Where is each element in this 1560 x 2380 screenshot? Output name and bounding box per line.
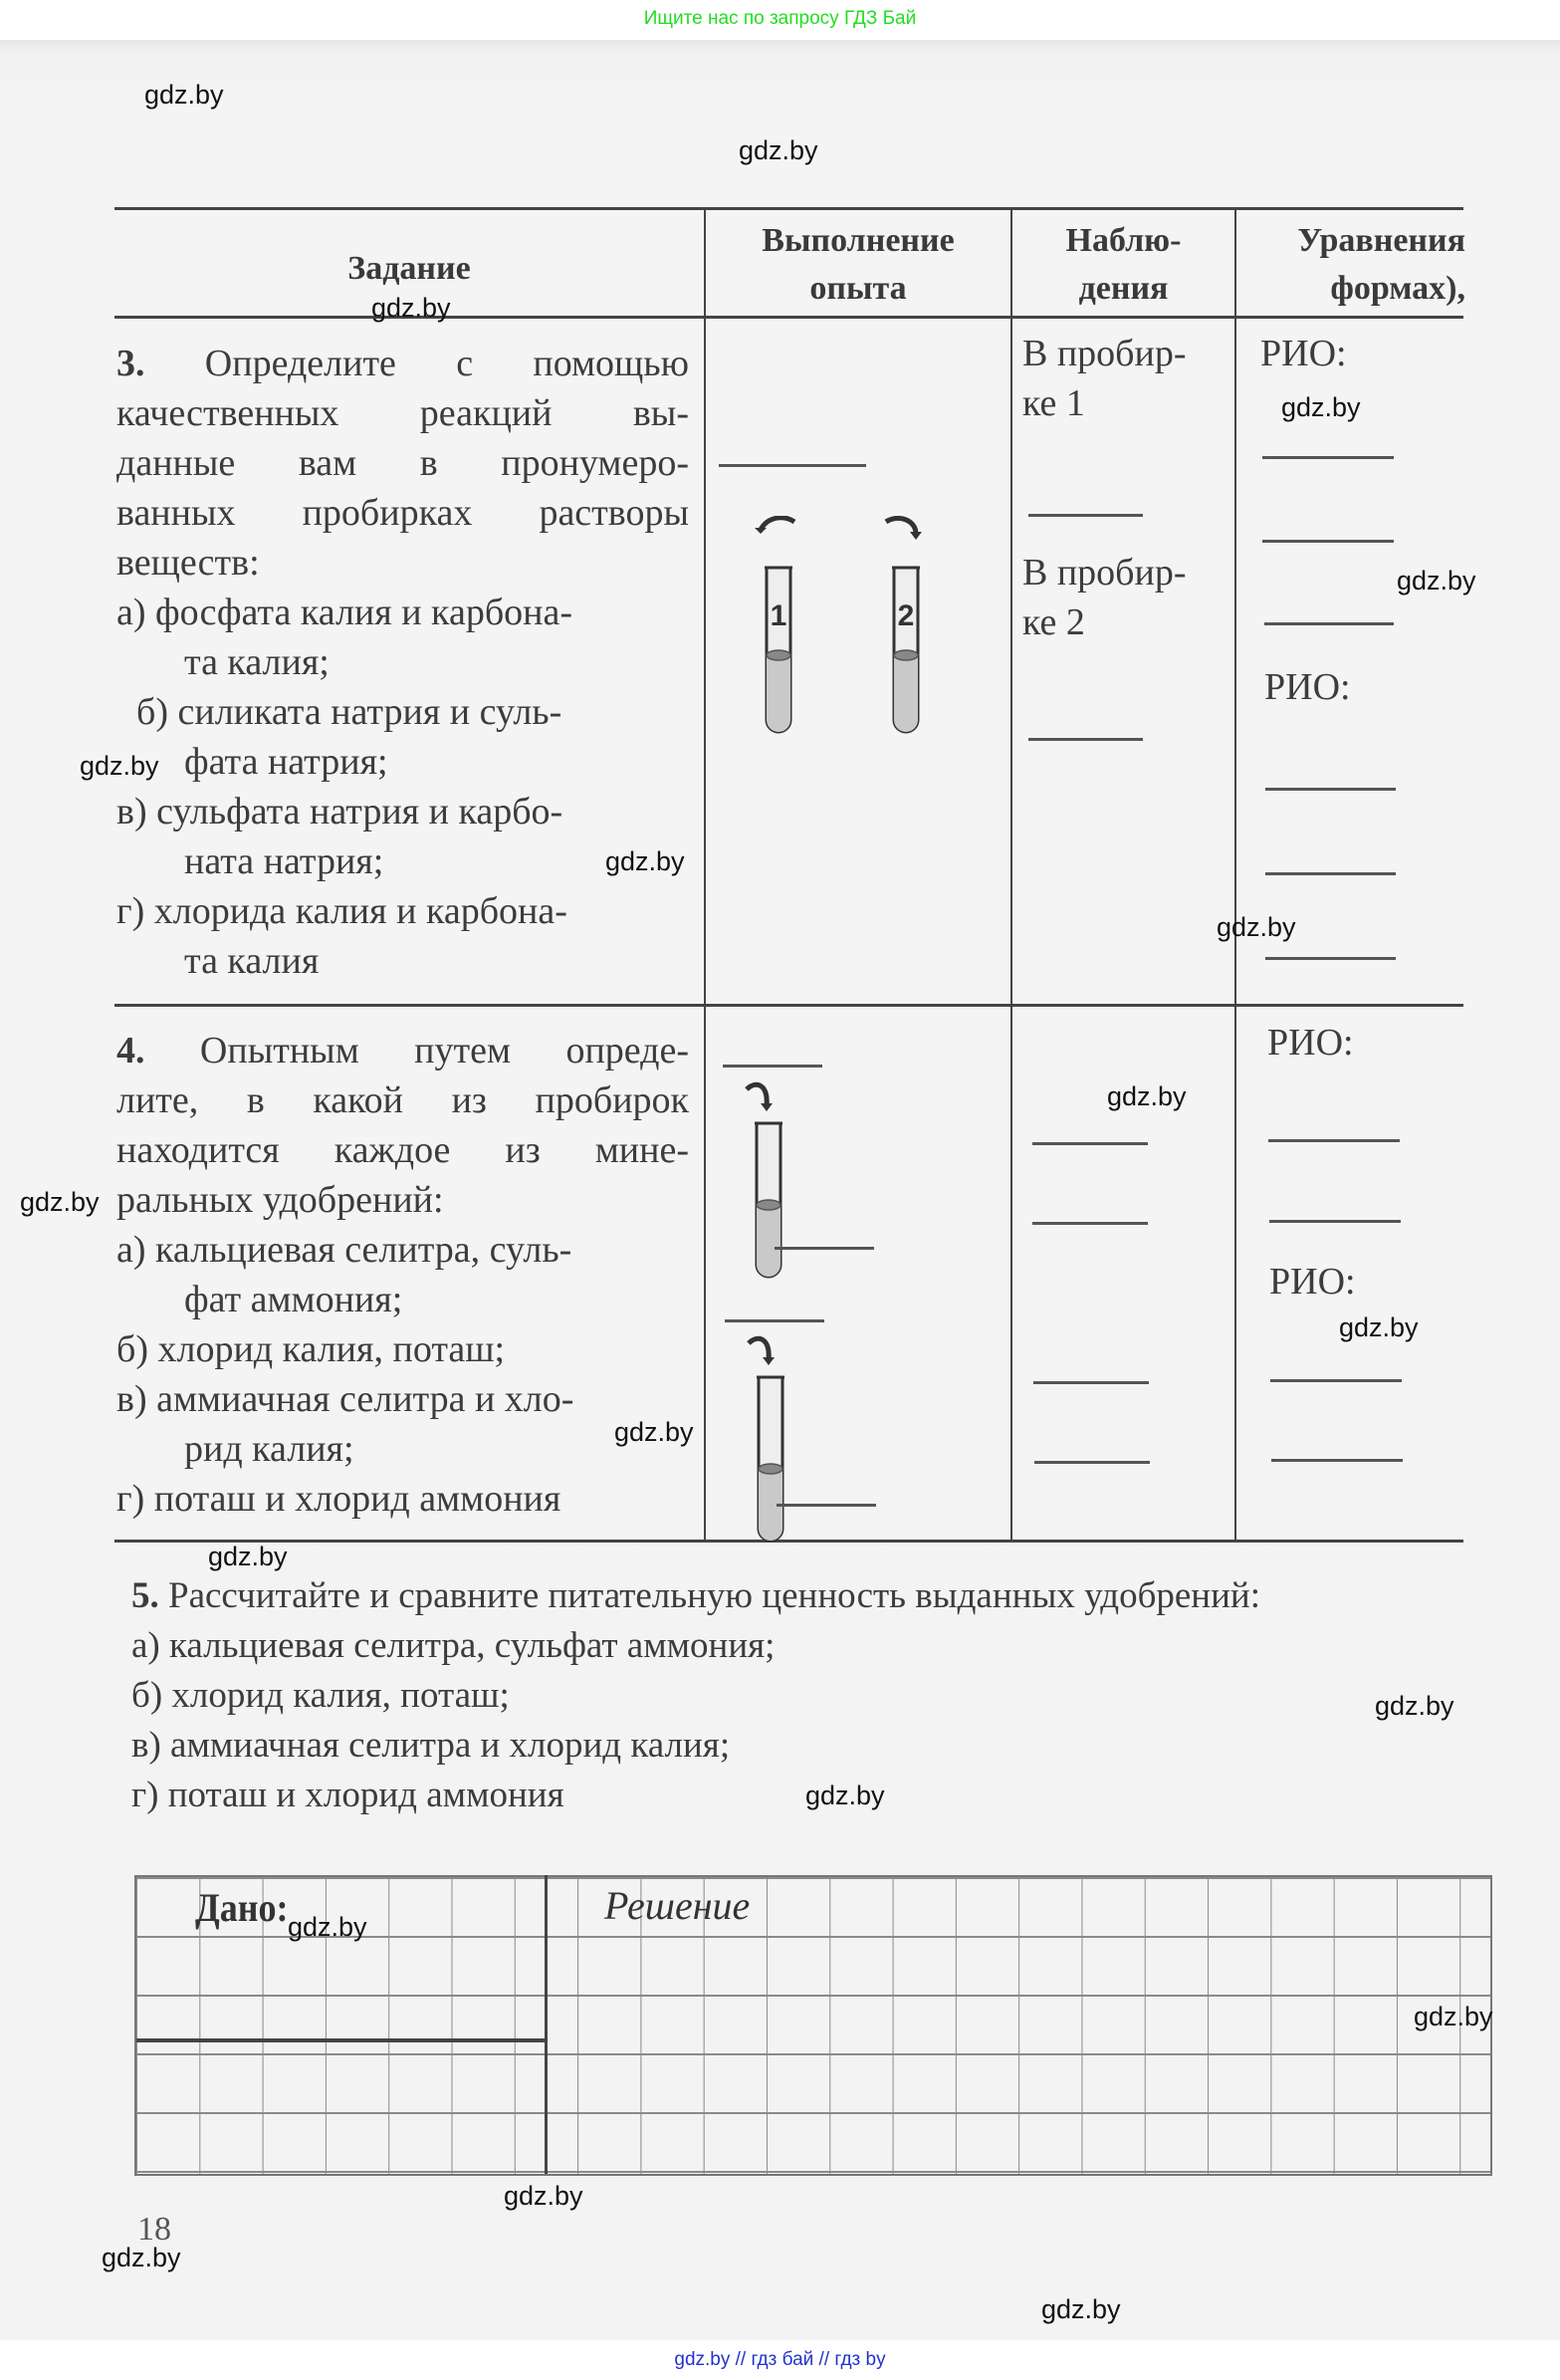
observation-line: В пробир- [1022,548,1187,597]
equation-blank[interactable] [1271,1459,1403,1462]
task-3-option-a-cont: та калия; [116,637,689,687]
task-4-option-a-cont: фат аммония; [116,1275,689,1324]
task-4-line: находится каждое из мине- [116,1125,689,1175]
task-4-option-c: в) аммиачная селитра и хло- [116,1374,689,1424]
solution-label: Решение [604,1882,750,1929]
header-equations-line2: формах), [1236,265,1465,313]
watermark: gdz.by [1375,1691,1454,1722]
watermark: gdz.by [1107,1081,1187,1112]
test-tube-2-icon: 2 [876,516,946,745]
task-3-line: веществ: [116,538,689,588]
workbook-page: gdz.by gdz.by Задание gdz.by Выполнение … [0,40,1560,2340]
task-4-option-b: б) хлорид калия, поташ; [116,1324,689,1374]
bottom-banner[interactable]: gdz.by // гдз бай // гдз by [0,2340,1560,2380]
watermark: gdz.by [1414,2002,1493,2032]
observation-tube-2: В пробир- ке 2 [1022,548,1187,647]
task-4-option-d: г) поташ и хлорид аммония [116,1474,689,1524]
watermark: gdz.by [80,751,159,782]
observation-line: В пробир- [1022,329,1187,378]
equation-blank[interactable] [1265,788,1396,791]
task-5-option-b: б) хлорид калия, поташ; [131,1671,1495,1721]
task-3-line: 3. Определите с помощью [116,339,689,388]
task-5-number: 5. [131,1575,159,1616]
equation-label: РИО: [1267,1018,1354,1068]
header-equations: Уравнения формах), [1236,217,1465,313]
test-tube-3-icon [737,1075,806,1285]
task-3-option-b: б) силиката натрия и суль- [116,687,689,737]
table-top-border [114,207,1463,210]
equation-label: РИО: [1264,662,1351,712]
answer-blank[interactable] [723,1065,822,1068]
equation-blank[interactable] [1265,957,1396,960]
task-4-line: ральных удобрений: [116,1175,689,1225]
task-3-line: данные вам в пронумеро- [116,438,689,488]
watermark: gdz.by [102,2243,181,2273]
equation-blank[interactable] [1269,1220,1401,1223]
answer-blank[interactable] [777,1504,876,1507]
task-5-title: 5. Рассчитайте и сравните питательную це… [131,1571,1495,1621]
observation-blank[interactable] [1033,1381,1149,1384]
equation-blank[interactable] [1270,1379,1402,1382]
watermark: gdz.by [1041,2294,1121,2325]
top-banner[interactable]: Ищите нас по запросу ГДЗ Бай [0,0,1560,40]
watermark: gdz.by [605,846,685,877]
header-observations: Наблю- дения [1012,217,1234,313]
answer-blank[interactable] [719,464,866,467]
task-3-line: качественных реакций вы- [116,388,689,438]
task-5-option-a: а) кальциевая селитра, сульфат аммония; [131,1621,1495,1671]
header-equations-line1: Уравнения [1236,217,1465,265]
col-divider-3 [1234,207,1236,1542]
header-observations-line1: Наблю- [1012,217,1234,265]
task-5-option-c: в) аммиачная селитра и хлорид калия; [131,1721,1495,1771]
watermark: gdz.by [144,80,224,111]
task-3-option-a: а) фосфата калия и карбона- [116,588,689,637]
observation-line: ке 2 [1022,597,1187,647]
answer-blank[interactable] [725,1319,824,1322]
observation-tube-1: В пробир- ке 1 [1022,329,1187,428]
task-3-option-b-cont: фата натрия; [116,737,689,787]
test-tube-1-icon: 1 [747,516,816,745]
observation-blank[interactable] [1034,1461,1150,1464]
watermark: gdz.by [208,1542,288,1572]
table-row-divider [114,1004,1463,1007]
equation-blank[interactable] [1265,872,1396,875]
equation-label: РИО: [1269,1257,1356,1307]
header-experiment-line2: опыта [706,265,1010,313]
watermark: gdz.by [1217,912,1296,943]
answer-blank[interactable] [775,1247,874,1250]
observation-blank[interactable] [1032,1142,1148,1145]
task-3-option-c-cont: ната натрия; [116,836,689,886]
header-observations-line2: дения [1012,265,1234,313]
header-experiment: Выполнение опыта [706,217,1010,313]
equation-blank[interactable] [1262,456,1394,459]
equation-label: РИО: [1260,329,1347,378]
given-underline [136,2038,545,2042]
observation-blank-tube-2[interactable] [1028,738,1143,741]
observation-blank[interactable] [1032,1222,1148,1225]
task-3-option-d-cont: та калия [116,936,689,986]
task-4-text: 4. Опытным путем опреде- лите, в какой и… [116,1026,689,1524]
watermark: gdz.by [20,1187,100,1218]
table-header-border [114,316,1463,319]
svg-text:1: 1 [771,599,787,632]
task-3-text: 3. Определите с помощью качественных реа… [116,339,689,986]
task-4-line: 4. Опытным путем опреде- [116,1026,689,1075]
watermark: gdz.by [805,1781,885,1811]
watermark: gdz.by [1397,566,1476,596]
task-3-option-d: г) хлорида калия и карбона- [116,886,689,936]
observation-line: ке 1 [1022,378,1187,428]
watermark: gdz.by [504,2181,583,2212]
given-label: Дано: [195,1884,289,1931]
watermark: gdz.by [1339,1312,1419,1343]
watermark: gdz.by [614,1417,694,1448]
equation-blank[interactable] [1262,540,1394,543]
task-4-line: лите, в какой из пробирок [116,1075,689,1125]
svg-text:2: 2 [898,599,915,632]
given-divider [545,1875,548,2174]
task-4-option-c-cont: рид калия; [116,1424,689,1474]
equation-blank[interactable] [1268,1139,1400,1142]
header-task: Задание [114,245,704,293]
task-4-option-a: а) кальциевая селитра, суль- [116,1225,689,1275]
col-divider-2 [1010,207,1012,1542]
equation-blank[interactable] [1264,622,1394,625]
watermark: gdz.by [1281,392,1361,423]
task-3-option-c: в) сульфата натрия и карбо- [116,787,689,836]
header-experiment-line1: Выполнение [706,217,1010,265]
observation-blank-tube-1[interactable] [1028,514,1143,517]
watermark: gdz.by [288,1912,367,1943]
test-tube-4-icon [739,1329,808,1548]
task-4-number: 4. [116,1030,145,1071]
task-3-number: 3. [116,343,145,384]
col-divider-1 [704,207,706,1542]
task-3-line: ванных пробирках растворы [116,488,689,538]
watermark: gdz.by [371,293,451,324]
watermark: gdz.by [739,135,818,166]
